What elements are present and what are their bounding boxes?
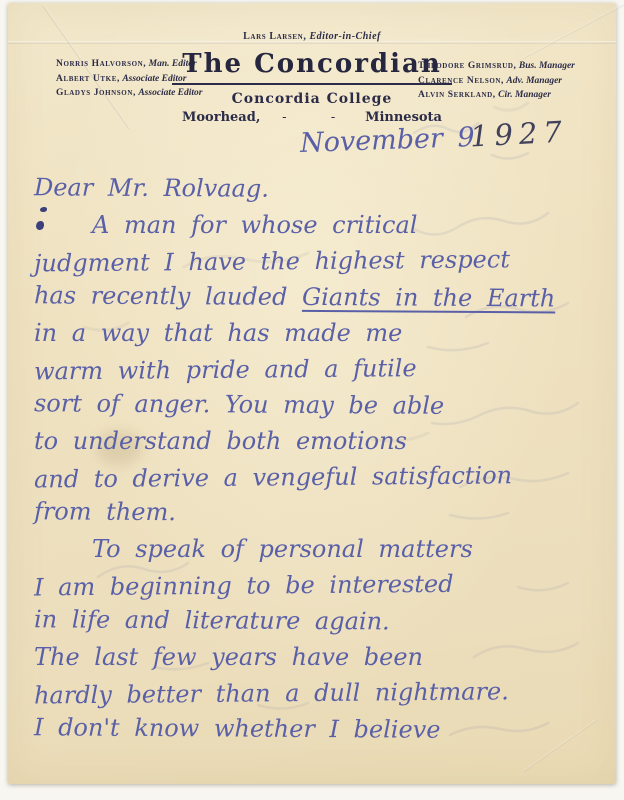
staff-role: Adv. Manager	[506, 76, 562, 86]
body-line: warm with pride and a futile	[34, 349, 600, 390]
body-line: I am beginning to be interested	[34, 565, 600, 606]
staff-name: Alvin Serkland,	[418, 90, 496, 100]
staff-role: Cir. Manager	[498, 90, 551, 100]
body-line: has recently lauded Giants in the Earth	[34, 277, 600, 316]
staff-role: Editor-in-Chief	[309, 31, 380, 42]
fold-crease-top-right	[523, 1, 624, 59]
body-line: hardly better than a dull nightmare.	[34, 673, 600, 714]
body-line: sort of anger. You may be able	[34, 385, 600, 424]
body-line: in a way that has made me	[34, 315, 600, 351]
staff-name: Clarence Nelson,	[418, 76, 504, 86]
staff-name: Theodore Grimsrud,	[418, 61, 517, 71]
salutation: Dear Mr. Rolvaag.	[34, 169, 600, 208]
underlined-book-title: Giants in the Earth	[302, 283, 555, 313]
body-line: in life and literature again.	[34, 601, 600, 640]
body-line: The last few years have been	[34, 639, 600, 675]
body-line: from them.	[34, 493, 600, 532]
staff-name: Gladys Johnson,	[56, 88, 136, 98]
college-name: Concordia College	[172, 91, 452, 107]
date-line: November 9 1927	[8, 115, 616, 163]
staff-role: Bus. Manager	[519, 61, 575, 71]
staff-list-right: Theodore Grimsrud, Bus. Manager Clarence…	[418, 59, 575, 103]
staff-name: Albert Utke,	[56, 74, 120, 84]
staff-member: Alvin Serkland, Cir. Manager	[418, 88, 575, 103]
masthead: The Concordian Concordia College Moorhea…	[172, 49, 452, 125]
year-annotation: 1927	[469, 114, 568, 153]
scanned-letter: Lars Larsen, Editor-in-Chief Norris Halv…	[0, 0, 624, 800]
staff-name: Lars Larsen,	[243, 31, 306, 42]
body-line: judgment I have the highest respect	[34, 241, 600, 282]
staff-name: Norris Halvorson,	[56, 59, 146, 69]
handwritten-date: November 9	[300, 122, 476, 159]
editor-in-chief-line: Lars Larsen, Editor-in-Chief	[8, 31, 616, 42]
body-line: and to derive a vengeful satisfaction	[34, 457, 600, 498]
body-text: has recently lauded	[34, 281, 302, 311]
staff-member: Theodore Grimsrud, Bus. Manager	[418, 59, 575, 74]
publication-title: The Concordian	[172, 49, 452, 85]
body-line: I don't know whether I believe	[34, 709, 600, 748]
staff-member: Clarence Nelson, Adv. Manager	[418, 74, 575, 89]
letter-body: Dear Mr. Rolvaag. A man for whose critic…	[34, 171, 600, 747]
body-line: to understand both emotions	[34, 423, 600, 459]
body-line: A man for whose critical	[34, 207, 600, 243]
letter-paper: Lars Larsen, Editor-in-Chief Norris Halv…	[8, 3, 616, 784]
body-line: To speak of personal matters	[34, 531, 600, 567]
